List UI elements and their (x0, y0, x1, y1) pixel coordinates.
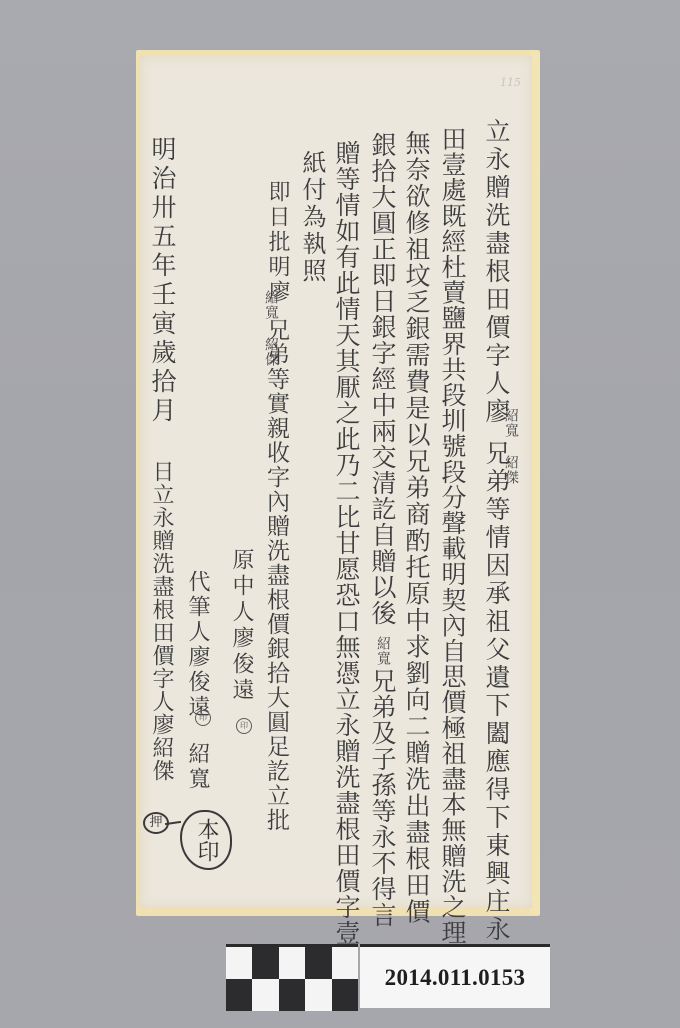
checker-cell (279, 979, 305, 1011)
date-line: 明治卅五年壬寅歲拾月 (150, 136, 175, 426)
signatory-line: 日立永贈洗盡根田價字人廖紹傑 (150, 460, 172, 782)
signer-name-shaokuan: 紹寬 (186, 742, 208, 792)
text-column-1: 立永贈洗盡根田價字人廖 (484, 118, 509, 426)
text-column-5: 贈等情如有此情天其厭之此乃二比甘愿恐口無憑立永贈洗盡根田價字壹 (334, 140, 359, 946)
text-column-1-cont: 兄弟等情因承祖父遺下闔應得下東興庄永 (484, 440, 509, 944)
checker-cell (332, 979, 358, 1011)
witness-seal: 印 (236, 718, 252, 734)
checker-cell (305, 947, 331, 979)
checker-cell (279, 947, 305, 979)
text-column-4-interlinear: 紹寬 (376, 636, 390, 666)
color-checker-card (226, 944, 358, 1011)
text-column-4-cont: 兄弟及子孫等永不得言 (370, 668, 395, 928)
text-column-2: 田壹處既經杜賣鹽界共段圳號段分聲載明契內自思價極祖盡本無贈洗之理 (440, 126, 465, 945)
checker-cell (305, 979, 331, 1011)
text-column-6: 紙付為執照 (300, 150, 324, 285)
checker-cell (226, 947, 252, 979)
page-number-mark: 115 (500, 76, 521, 89)
checker-cell (252, 947, 278, 979)
text-column-7: 即日批明廖 (266, 180, 288, 305)
checker-cell (252, 979, 278, 1011)
witness-signature: 原中人廖俊遠 (230, 548, 252, 704)
text-column-7-cont: 兄弟等實親收字內贈洗盡根價銀拾大圓足訖立批 (264, 318, 287, 833)
text-column-3: 無奈欲修祖坟乏銀需費是以兄弟商酌托原中求劉向二贈洗出盡根田價 (404, 130, 429, 925)
checker-cell (332, 947, 358, 979)
scribe-seal: 印 (195, 710, 211, 726)
scribe-signature: 代筆人廖俊遠 (186, 570, 208, 720)
text-column-4: 銀拾大圓正即日銀字經中兩交清訖自贈以後 (370, 132, 395, 626)
checker-cell (226, 979, 252, 1011)
catalogue-number-label: 2014.011.0153 (360, 944, 550, 1008)
